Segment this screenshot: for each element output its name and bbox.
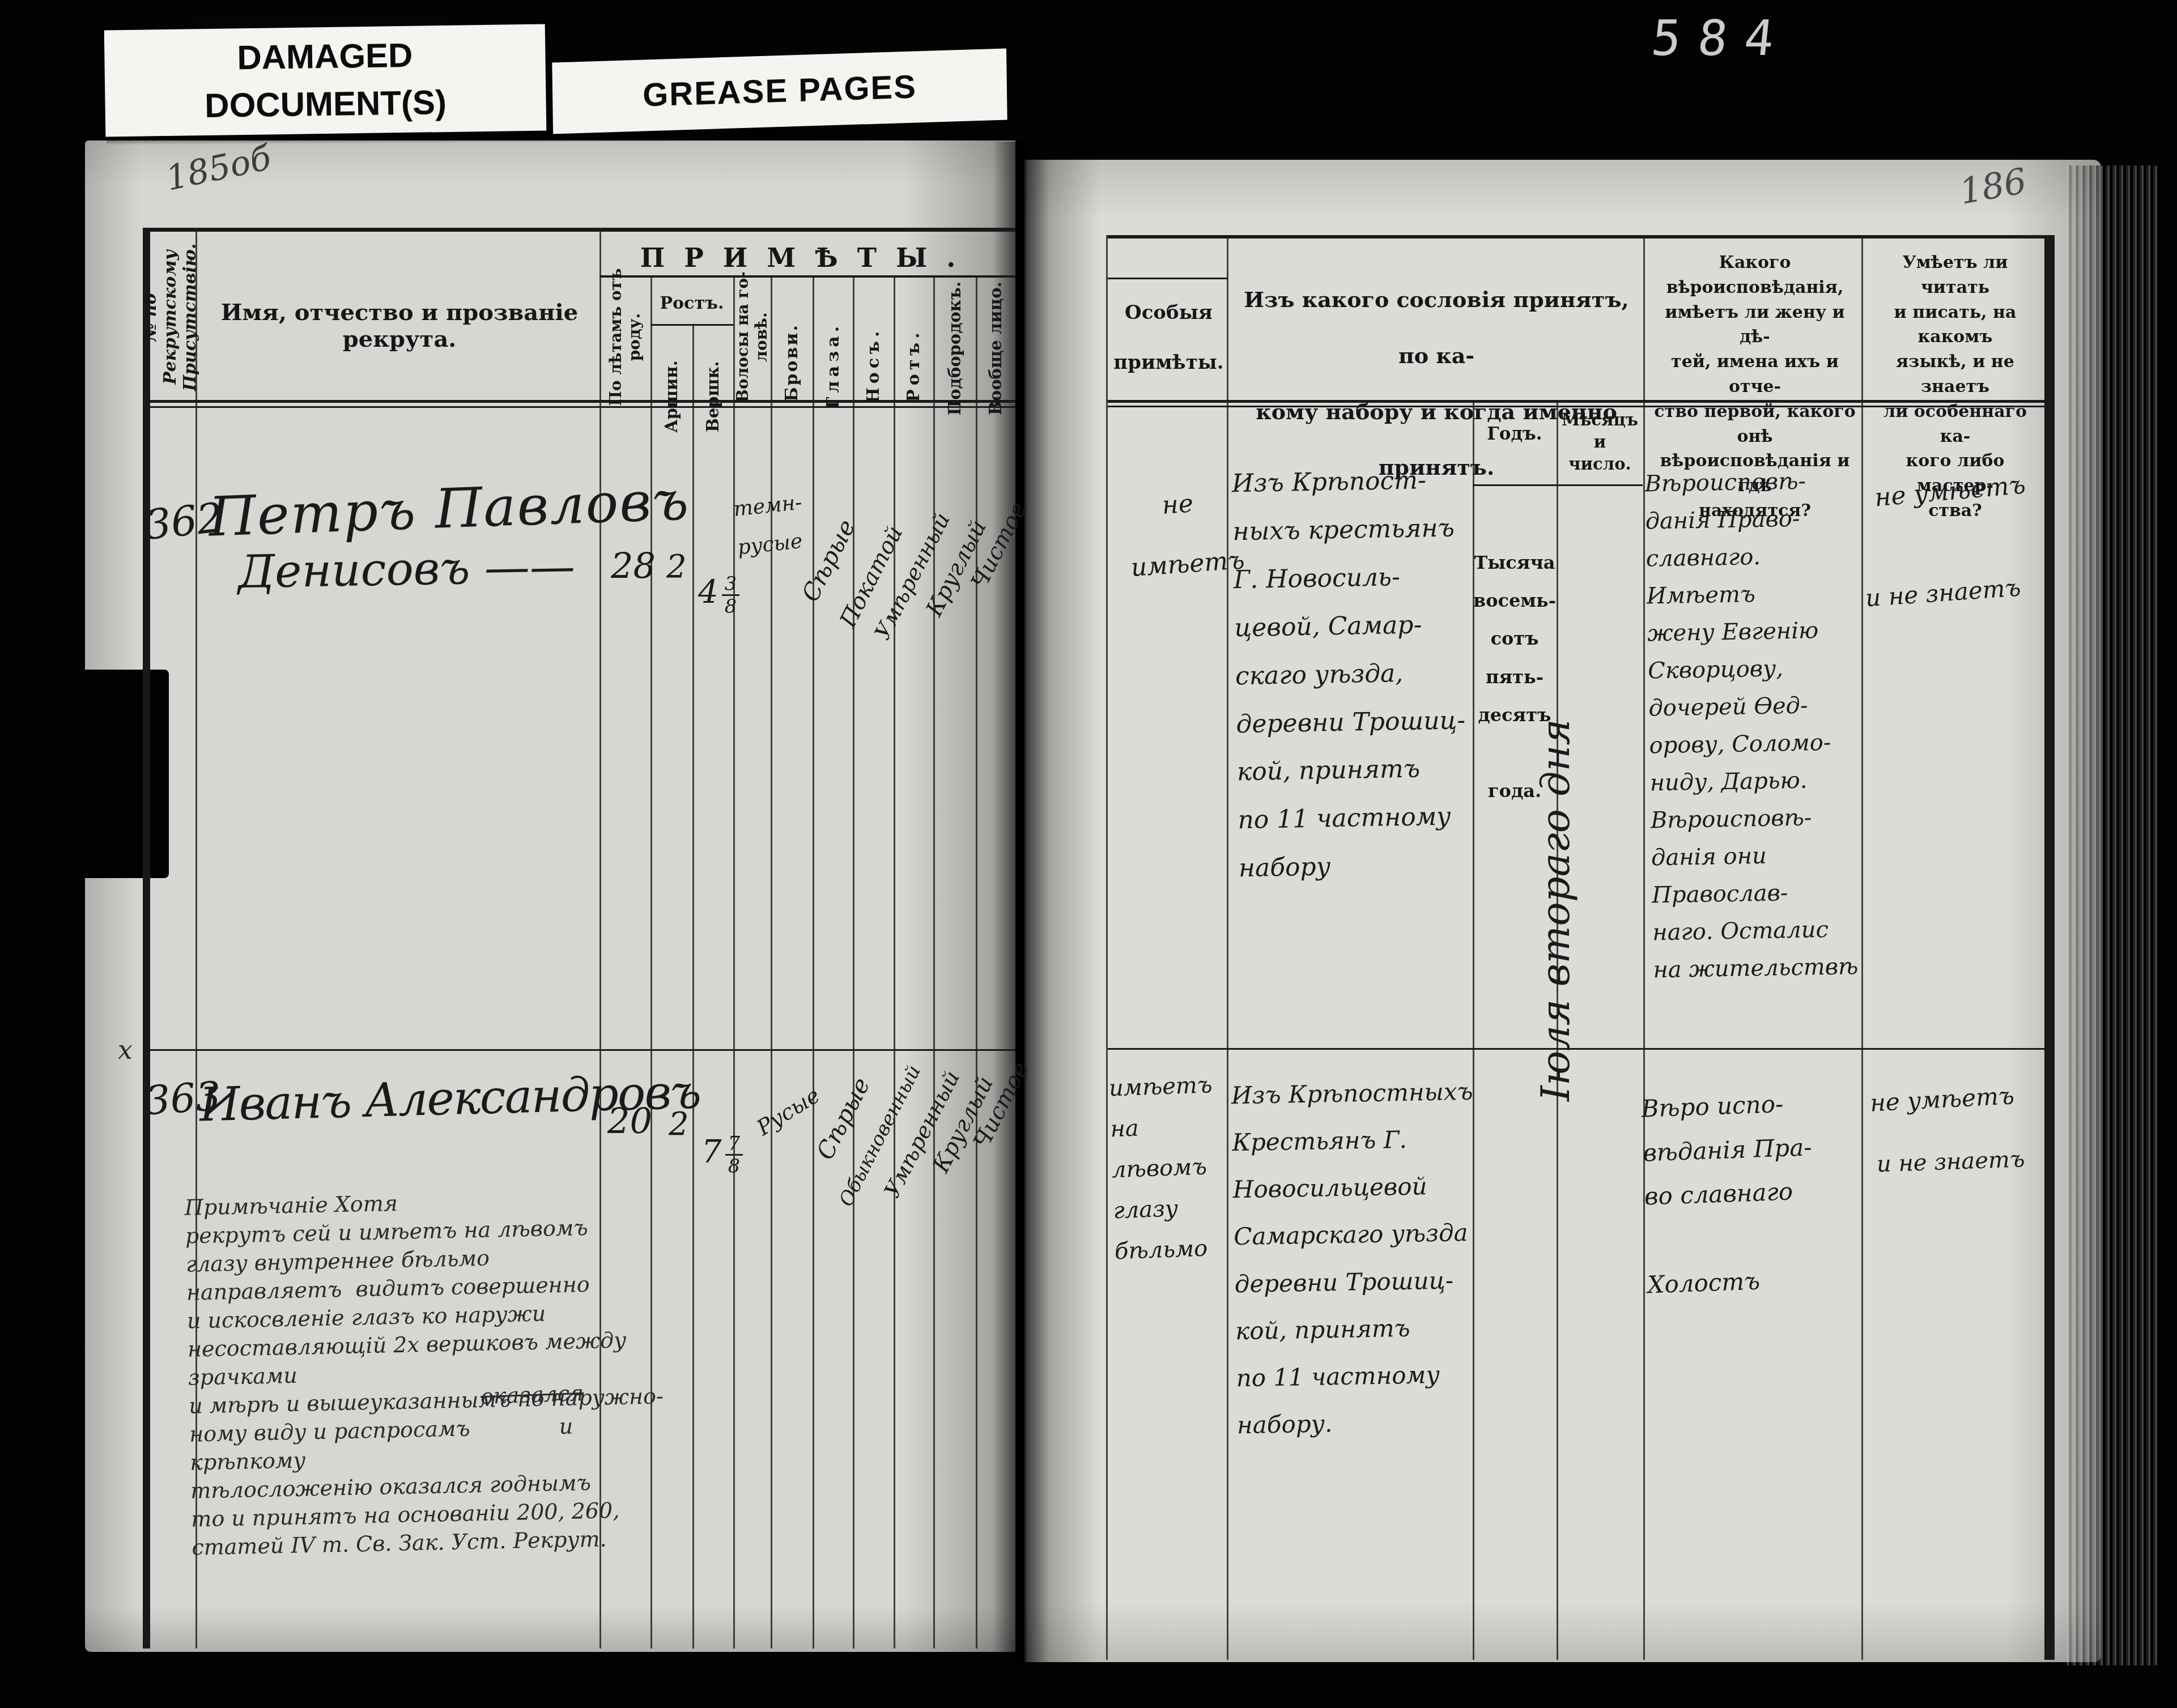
margin-mark: х: [118, 1034, 133, 1065]
recruit-name-line2: Денисовъ ——: [237, 540, 575, 598]
header-month: Мѣсяцъ и число.: [1557, 409, 1643, 475]
table-left-top-border: [143, 228, 1015, 232]
vershok-whole: 4: [698, 574, 718, 611]
vershok-denominator: 8: [722, 596, 739, 616]
hair-value: темн- русые: [732, 482, 824, 568]
arshin-value: 2: [666, 548, 687, 585]
col-line: [933, 278, 935, 1649]
grease-pages-label: GREASE PAGES: [552, 48, 1007, 134]
col-line: [1643, 235, 1645, 1660]
month-day-value: Іюля втораго дня: [1532, 719, 1579, 1101]
header-arshin: Аршин.: [660, 340, 683, 453]
col-line: [733, 278, 735, 1649]
estate-value: Изъ Крѣпостныхъ Крестьянъ Г. Новосильцев…: [1231, 1067, 1515, 1449]
special-marks-value: не имѣетъ: [1125, 471, 1235, 598]
col-line: [894, 278, 895, 1649]
arshin-value: 2: [669, 1106, 689, 1143]
rost-underline: [650, 324, 733, 326]
header-hair: Волосы на го- ловѣ.: [729, 252, 775, 422]
header-year: Годъ.: [1473, 424, 1557, 444]
col-line: [771, 278, 772, 1649]
religion-value: Вѣроисповѣ- данія Право- славнаго. Имѣет…: [1644, 462, 1880, 989]
recruit-note: Примѣчаніе Хотя рекрутъ сей и имѣетъ на …: [184, 1183, 667, 1561]
vershok-value: 778: [701, 1097, 743, 1177]
header-rost: Ростъ.: [650, 293, 733, 313]
note-struck-word: оказался: [480, 1381, 584, 1409]
vershok-numerator: 7: [725, 1134, 743, 1156]
vershok-whole: 7: [701, 1134, 722, 1170]
table-left-border: [143, 228, 150, 1649]
header-nose: Носъ.: [862, 297, 885, 433]
microfilm-scan: DAMAGED DOCUMENT(S) GREASE PAGES 584 185…: [0, 0, 2177, 1708]
header-brows: Брови.: [780, 295, 803, 431]
damaged-document-label: DAMAGED DOCUMENT(S): [104, 24, 547, 137]
vershok-value: 438: [698, 537, 739, 617]
vershok-numerator: 3: [722, 574, 739, 596]
header-chin: Подбородокъ.: [943, 263, 966, 433]
religion-value: Вѣро испо- вѣданія Пра- во славнаго Холо…: [1640, 1079, 1863, 1306]
col-line: [976, 278, 977, 1649]
header-eyes: Глаза.: [822, 297, 844, 433]
header-vershok: Вершк.: [701, 340, 724, 453]
page-edge-stack: [2067, 165, 2160, 1666]
row-divider-right: [1108, 1048, 2053, 1050]
header-face: Вообще лицо.: [984, 263, 1007, 433]
header-mouth: Ротъ.: [902, 297, 925, 433]
age-value: 28: [611, 545, 656, 586]
estate-value: Изъ Крѣпост- ныхъ крестьянъ Г. Новосиль-…: [1231, 455, 1511, 893]
header-recruit-no: № по Рекрутскому Присутствію.: [147, 238, 193, 397]
frame-counter: 584: [1649, 10, 1794, 67]
vershok-denominator: 8: [725, 1156, 743, 1176]
col-line: [692, 326, 694, 1649]
header-bottom-1: [143, 400, 1015, 403]
table-right-top-border: [1108, 235, 2053, 238]
literacy-value-2: и не знаетъ: [1876, 1146, 2025, 1177]
row-divider-left: [143, 1049, 1015, 1051]
header-special: Особыя примѣты.: [1111, 288, 1227, 388]
header-name: Имя, отчество и прозваніе рекрута.: [204, 299, 595, 352]
table-right-border: [2044, 235, 2055, 1660]
header-age: По лѣтамъ отъ роду.: [602, 252, 648, 422]
special-top-line: [1108, 278, 1228, 279]
header-bottom-2: [143, 406, 1015, 408]
col-line: [1227, 235, 1228, 1660]
col-line: [853, 278, 854, 1649]
col-line: [1106, 235, 1108, 1660]
age-value: 20: [607, 1100, 652, 1141]
special-marks-value: имѣетъ на лѣвомъ глазу бѣльмо: [1108, 1064, 1228, 1272]
